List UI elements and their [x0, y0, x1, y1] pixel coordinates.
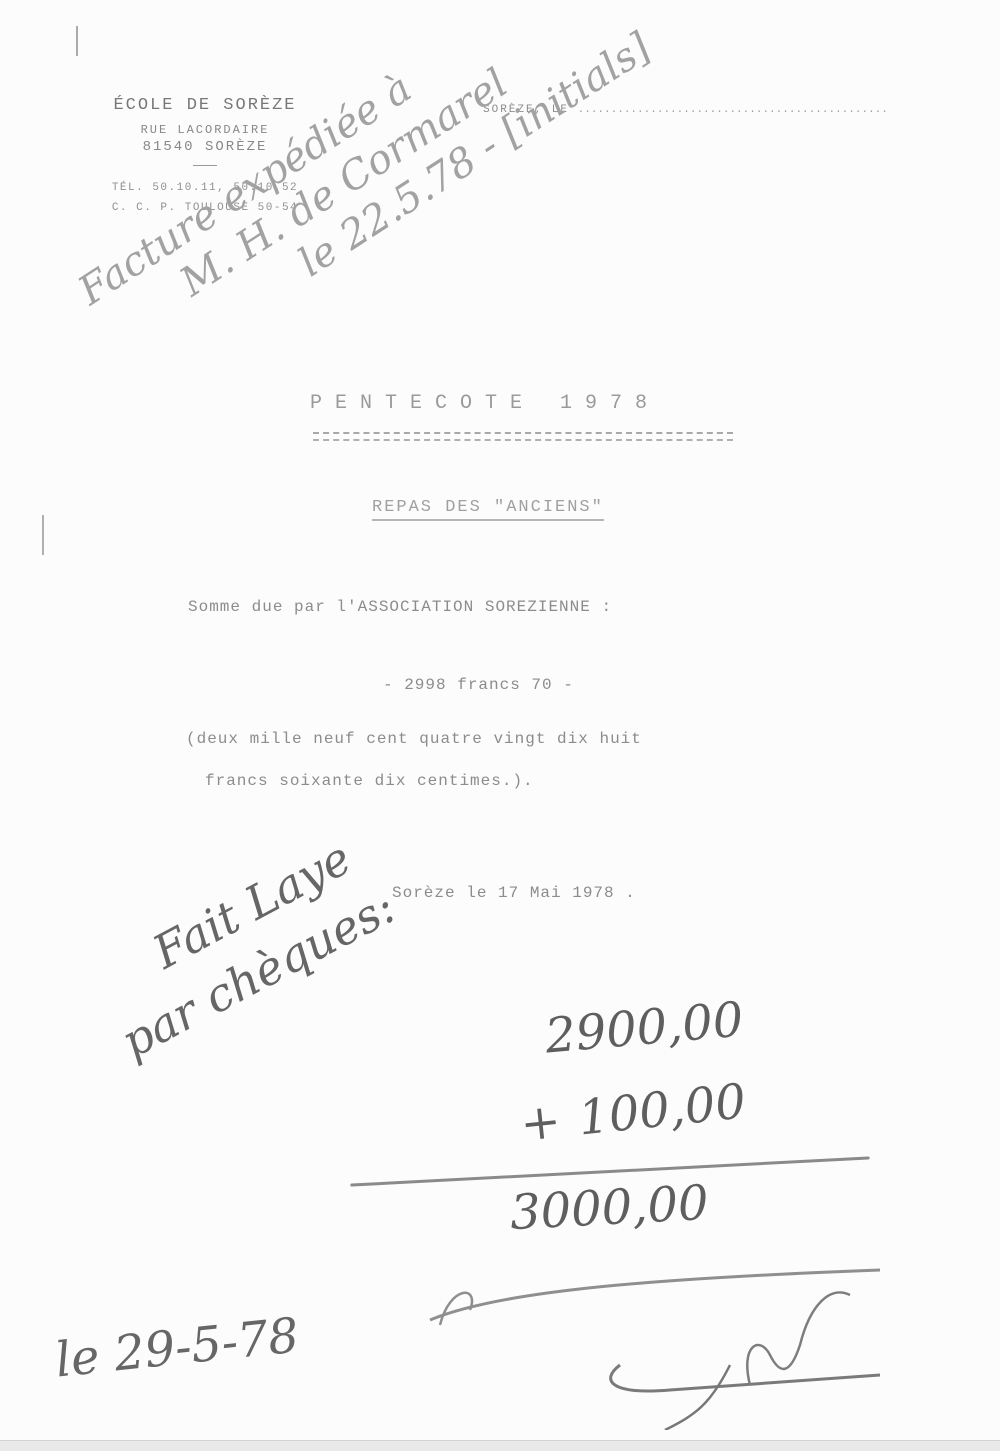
amount-intro: Somme due par l'ASSOCIATION SOREZIENNE :	[188, 598, 612, 616]
handwritten-payment-label: Fait Laye par chèques:	[80, 818, 406, 1073]
amount-words-line1: (deux mille neuf cent quatre vingt dix h…	[186, 730, 642, 748]
punch-mark-middle	[42, 515, 44, 555]
amount-figure: - 2998 francs 70 -	[383, 676, 574, 694]
document-subtitle: REPAS DES "ANCIENS"	[372, 498, 604, 521]
handwritten-amount-1: 2900,00	[543, 991, 746, 1064]
amount-words-line2: francs soixante dix centimes.).	[205, 772, 534, 790]
school-name: ÉCOLE DE SORÈZE	[60, 96, 350, 115]
document-title: PENTECOTE 1978	[310, 392, 660, 415]
signed-place-date: Sorèze le 17 Mai 1978 .	[392, 884, 636, 902]
handwritten-amount-2: +100,00	[518, 1073, 749, 1152]
signature-icon	[410, 1265, 910, 1430]
handwritten-total: 3000,00	[509, 1175, 710, 1241]
letterhead-divider	[193, 165, 217, 166]
punch-mark-top	[76, 26, 78, 56]
page-bottom-edge	[0, 1440, 1000, 1451]
title-underline	[313, 432, 733, 441]
place-date-blank: ........................................…	[578, 104, 888, 116]
scanned-page: ÉCOLE DE SORÈZE RUE LACORDAIRE 81540 SOR…	[0, 0, 1000, 1451]
handwritten-payment-date: le 29-5-78	[53, 1307, 302, 1388]
amount-2-value: 100,00	[576, 1073, 749, 1146]
plus-sign: +	[518, 1093, 564, 1153]
